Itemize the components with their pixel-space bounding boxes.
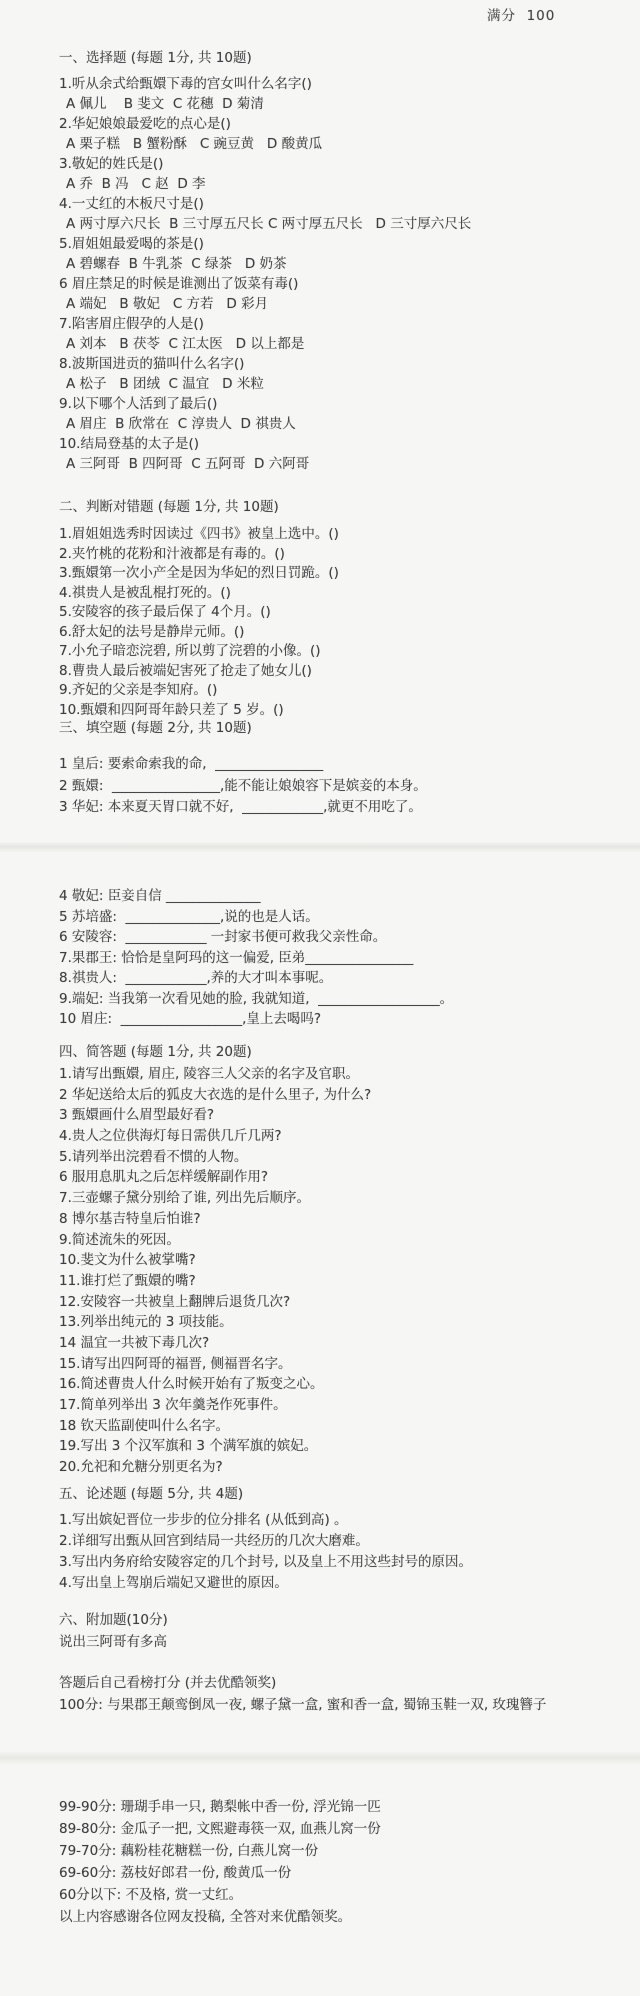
options-line: A 松子 B 团绒 C 温宜 D 米粒 (59, 372, 634, 392)
question-line: 7.陷害眉庄假孕的人是() (59, 312, 634, 332)
question-line: 9.端妃: 当我第一次看见她的脸, 我就知道, ________________… (59, 987, 634, 1008)
section-title: 六、附加题(10分) (59, 1608, 634, 1630)
question-line: 答题后自己看榜打分 (并去优酷领奖) (59, 1671, 634, 1693)
question-line: 19.写出 3 个汉军旗和 3 个满军旗的嫔妃。 (59, 1434, 634, 1455)
question-line: 4.一丈红的木板尺寸是() (59, 192, 634, 212)
quiz-section: 四、简答题 (每题 1分, 共 20题)1.请写出甄嬛, 眉庄, 陵容三人父亲的… (59, 1040, 634, 1476)
question-line: 1.写出嫔妃晋位一步步的位分排名 (从低到高) 。 (59, 1508, 634, 1529)
options-line: A 乔 B 冯 C 赵 D 李 (59, 172, 634, 192)
question-line: 2.夹竹桃的花粉和汁液都是有毒的。() (59, 542, 634, 562)
question-line: 9.以下哪个人活到了最后() (59, 392, 634, 412)
question-line: 13.列举出纯元的 3 项技能。 (59, 1310, 634, 1331)
question-line: 12.安陵容一共被皇上翻牌后退货几次? (59, 1290, 634, 1311)
question-line: 17.简单列举出 3 次年羹尧作死事件。 (59, 1393, 634, 1414)
section-title: 二、判断对错题 (每题 1分, 共 10题) (59, 495, 634, 522)
options-line: A 栗子糕 B 蟹粉酥 C 豌豆黄 D 酸黄瓜 (59, 132, 634, 152)
page-break (0, 1752, 640, 1764)
question-line: 8.波斯国进贡的猫叫什么名字() (59, 352, 634, 372)
question-line: 3.甄嬛第一次小产全是因为华妃的烈日罚跪。() (59, 561, 634, 581)
question-line: 6 安陵容: ____________ 一封家书便可救我父亲性命。 (59, 925, 634, 946)
options-line: A 碧螺春 B 牛乳茶 C 绿茶 D 奶茶 (59, 252, 634, 272)
score-label: 满分 100 (487, 4, 555, 24)
question-line: 2.华妃娘娘最爱吃的点心是() (59, 112, 634, 132)
question-line: 3 华妃: 本来夏天胃口就不好, ____________,就更不用吃了。 (59, 795, 634, 817)
options-line: A 端妃 B 敬妃 C 方若 D 彩月 (59, 292, 634, 312)
options-line: A 三阿哥 B 四阿哥 C 五阿哥 D 六阿哥 (59, 452, 634, 472)
question-line: 1.请写出甄嬛, 眉庄, 陵容三人父亲的名字及官职。 (59, 1062, 634, 1083)
quiz-section: 二、判断对错题 (每题 1分, 共 10题)1.眉姐姐选秀时因读过《四书》被皇上… (59, 495, 634, 717)
question-line: 99-90分: 珊瑚手串一只, 鹅梨帐中香一份, 浮光锦一匹 (59, 1795, 634, 1817)
question-line: 以上内容感谢各位网友投稿, 全答对来优酷领奖。 (59, 1905, 634, 1927)
question-line: 5.眉姐姐最爱喝的茶是() (59, 232, 634, 252)
question-line: 5 苏培盛: ______________,说的也是人话。 (59, 905, 634, 926)
question-line: 14 温宜一共被下毒几次? (59, 1331, 634, 1352)
page-break (0, 842, 640, 852)
question-line: 4.写出皇上驾崩后端妃又避世的原因。 (59, 1571, 634, 1592)
question-line: 1.眉姐姐选秀时因读过《四书》被皇上选中。() (59, 522, 634, 542)
section-title: 五、论述题 (每题 5分, 共 4题) (59, 1482, 634, 1508)
question-line: 10 眉庄: __________________,皇上去喝吗? (59, 1007, 634, 1028)
quiz-section: 五、论述题 (每题 5分, 共 4题)1.写出嫔妃晋位一步步的位分排名 (从低到… (59, 1482, 634, 1592)
question-line: 69-60分: 荔枝好郎君一份, 酸黄瓜一份 (59, 1861, 634, 1883)
question-line: 4.祺贵人是被乱棍打死的。() (59, 581, 634, 601)
question-line: 7.小允子暗恋浣碧, 所以剪了浣碧的小像。() (59, 639, 634, 659)
quiz-section: 答题后自己看榜打分 (并去优酷领奖)100分: 与果郡王颠鸾倒凤一夜, 螺子黛一… (59, 1671, 634, 1715)
quiz-section: 三、填空题 (每题 2分, 共 10题)1 皇后: 要索命索我的命, _____… (59, 716, 634, 817)
question-line: 11.谁打烂了甄嬛的嘴? (59, 1269, 634, 1290)
question-line: 6.舒太妃的法号是静岸元师。() (59, 620, 634, 640)
question-line: 6 服用息肌丸之后怎样缓解副作用? (59, 1165, 634, 1186)
section-title: 三、填空题 (每题 2分, 共 10题) (59, 716, 634, 752)
question-line: 15.请写出四阿哥的福晋, 侧福晋名字。 (59, 1352, 634, 1373)
question-line: 8 博尔基吉特皇后怕谁? (59, 1207, 634, 1228)
question-line: 100分: 与果郡王颠鸾倒凤一夜, 螺子黛一盒, 蜜和香一盒, 蜀锦玉鞋一双, … (59, 1693, 634, 1715)
question-line: 16.简述曹贵人什么时候开始有了叛变之心。 (59, 1372, 634, 1393)
question-line: 6 眉庄禁足的时候是谁测出了饭菜有毒() (59, 272, 634, 292)
question-line: 8.曹贵人最后被端妃害死了抢走了她女儿() (59, 659, 634, 679)
question-line: 3.写出内务府给安陵容定的几个封号, 以及皇上不用这些封号的原因。 (59, 1550, 634, 1571)
question-line: 7.三壶螺子黛分别给了谁, 列出先后顺序。 (59, 1186, 634, 1207)
question-line: 2 华妃送给太后的狐皮大衣选的是什么里子, 为什么? (59, 1083, 634, 1104)
quiz-section: 4 敬妃: 臣妾自信 ______________5 苏培盛: ________… (59, 884, 634, 1028)
question-line: 60分以下: 不及格, 赏一丈红。 (59, 1883, 634, 1905)
quiz-section: 六、附加题(10分)说出三阿哥有多高 (59, 1608, 634, 1650)
question-line: 10.斐文为什么被掌嘴? (59, 1248, 634, 1269)
question-line: 7.果郡王: 恰恰是皇阿玛的这一偏爱, 臣弟________________ (59, 946, 634, 967)
options-line: A 刘本 B 茯苓 C 江太医 D 以上都是 (59, 332, 634, 352)
question-line: 10.结局登基的太子是() (59, 432, 634, 452)
question-line: 说出三阿哥有多高 (59, 1630, 634, 1650)
question-line: 5.安陵容的孩子最后保了 4个月。() (59, 600, 634, 620)
section-title: 一、选择题 (每题 1分, 共 10题) (59, 46, 634, 72)
section-title: 四、简答题 (每题 1分, 共 20题) (59, 1040, 634, 1062)
options-line: A 佩儿 B 斐文 C 花穗 D 菊清 (59, 92, 634, 112)
quiz-section: 99-90分: 珊瑚手串一只, 鹅梨帐中香一份, 浮光锦一匹89-80分: 金瓜… (59, 1795, 634, 1927)
question-line: 5.请列举出浣碧看不惯的人物。 (59, 1145, 634, 1166)
question-line: 1 皇后: 要索命索我的命, ________________ (59, 752, 634, 774)
question-line: 89-80分: 金瓜子一把, 文熙避毒筷一双, 血燕儿窝一份 (59, 1817, 634, 1839)
question-line: 1.听从余式给甄嬛下毒的宫女叫什么名字() (59, 72, 634, 92)
options-line: A 两寸厚六尺长 B 三寸厚五尺长 C 两寸厚五尺长 D 三寸厚六尺长 (59, 212, 634, 232)
question-line: 3.敬妃的姓氏是() (59, 152, 634, 172)
question-line: 3 甄嬛画什么眉型最好看? (59, 1103, 634, 1124)
question-line: 2.详细写出甄从回宫到结局一共经历的几次大磨难。 (59, 1529, 634, 1550)
question-line: 79-70分: 藕粉桂花糖糕一份, 白燕儿窝一份 (59, 1839, 634, 1861)
quiz-section: 一、选择题 (每题 1分, 共 10题)1.听从余式给甄嬛下毒的宫女叫什么名字(… (59, 46, 634, 472)
question-line: 2 甄嬛: ________________,能不能让娘娘容下是嫔妾的本身。 (59, 774, 634, 796)
question-line: 18 钦天监副使叫什么名字。 (59, 1414, 634, 1435)
question-line: 8.祺贵人: ____________,养的大才叫本事呢。 (59, 966, 634, 987)
question-line: 4 敬妃: 臣妾自信 ______________ (59, 884, 634, 905)
options-line: A 眉庄 B 欣常在 C 淳贵人 D 祺贵人 (59, 412, 634, 432)
question-line: 4.贵人之位供海灯每日需供几斤几两? (59, 1124, 634, 1145)
question-line: 20.允祀和允糖分别更名为? (59, 1455, 634, 1476)
question-line: 9.简述流朱的死因。 (59, 1228, 634, 1249)
question-line: 9.齐妃的父亲是李知府。() (59, 678, 634, 698)
quiz-document: 满分 100 一、选择题 (每题 1分, 共 10题)1.听从余式给甄嬛下毒的宫… (0, 0, 640, 1996)
question-line: 10.甄嬛和四阿哥年龄只差了 5 岁。() (59, 698, 634, 718)
